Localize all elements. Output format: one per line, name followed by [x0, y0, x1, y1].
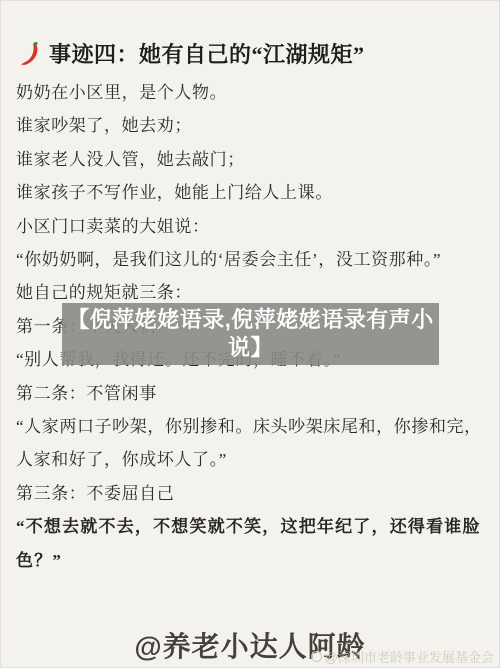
- paragraph: “你奶奶啊，是我们这儿的‘居委会主任’，没工资那种。”: [16, 243, 485, 276]
- chili-icon: [16, 38, 43, 67]
- paragraph: 奶奶在小区里，是个人物。: [16, 76, 485, 109]
- weibo-logo-icon: [311, 651, 322, 662]
- paragraph: 第三条：不委屈自己: [16, 477, 485, 510]
- paragraph: 第二条：不管闲事: [16, 377, 485, 410]
- page-title: 事迹四：她有自己的“江湖规矩”: [49, 38, 365, 69]
- overlay-watermark: 【倪萍姥姥语录,倪萍姥姥语录有声小 说】: [62, 303, 439, 365]
- paragraph: 谁家吵架了，她去劝；: [16, 109, 485, 142]
- article-header: 事迹四：她有自己的“江湖规矩”: [18, 39, 484, 67]
- paragraph-highlight: “不想去就不去，不想笑就不笑，这把年纪了，还得看谁脸色？”: [16, 510, 485, 577]
- article-card: 事迹四：她有自己的“江湖规矩” 奶奶在小区里，是个人物。 谁家吵架了，她去劝； …: [0, 0, 500, 668]
- paragraph: “人家两口子吵架，你别掺和。床头吵架床尾和，你掺和完，人家和好了，你成坏人了。”: [16, 410, 485, 477]
- corner-watermark: @深圳市老龄事业发展基金会: [311, 647, 494, 666]
- overlay-watermark-line2: 说】: [228, 334, 273, 362]
- corner-watermark-text: @深圳市老龄事业发展基金会: [325, 647, 494, 666]
- overlay-watermark-line1: 【倪萍姥姥语录,倪萍姥姥语录有声小: [67, 306, 434, 334]
- paragraph: 谁家老人没人管，她去敲门；: [16, 143, 485, 176]
- paragraph: 谁家孩子不写作业，她能上门给人上课。: [16, 176, 485, 209]
- paragraph: 小区门口卖菜的大姐说：: [16, 210, 485, 243]
